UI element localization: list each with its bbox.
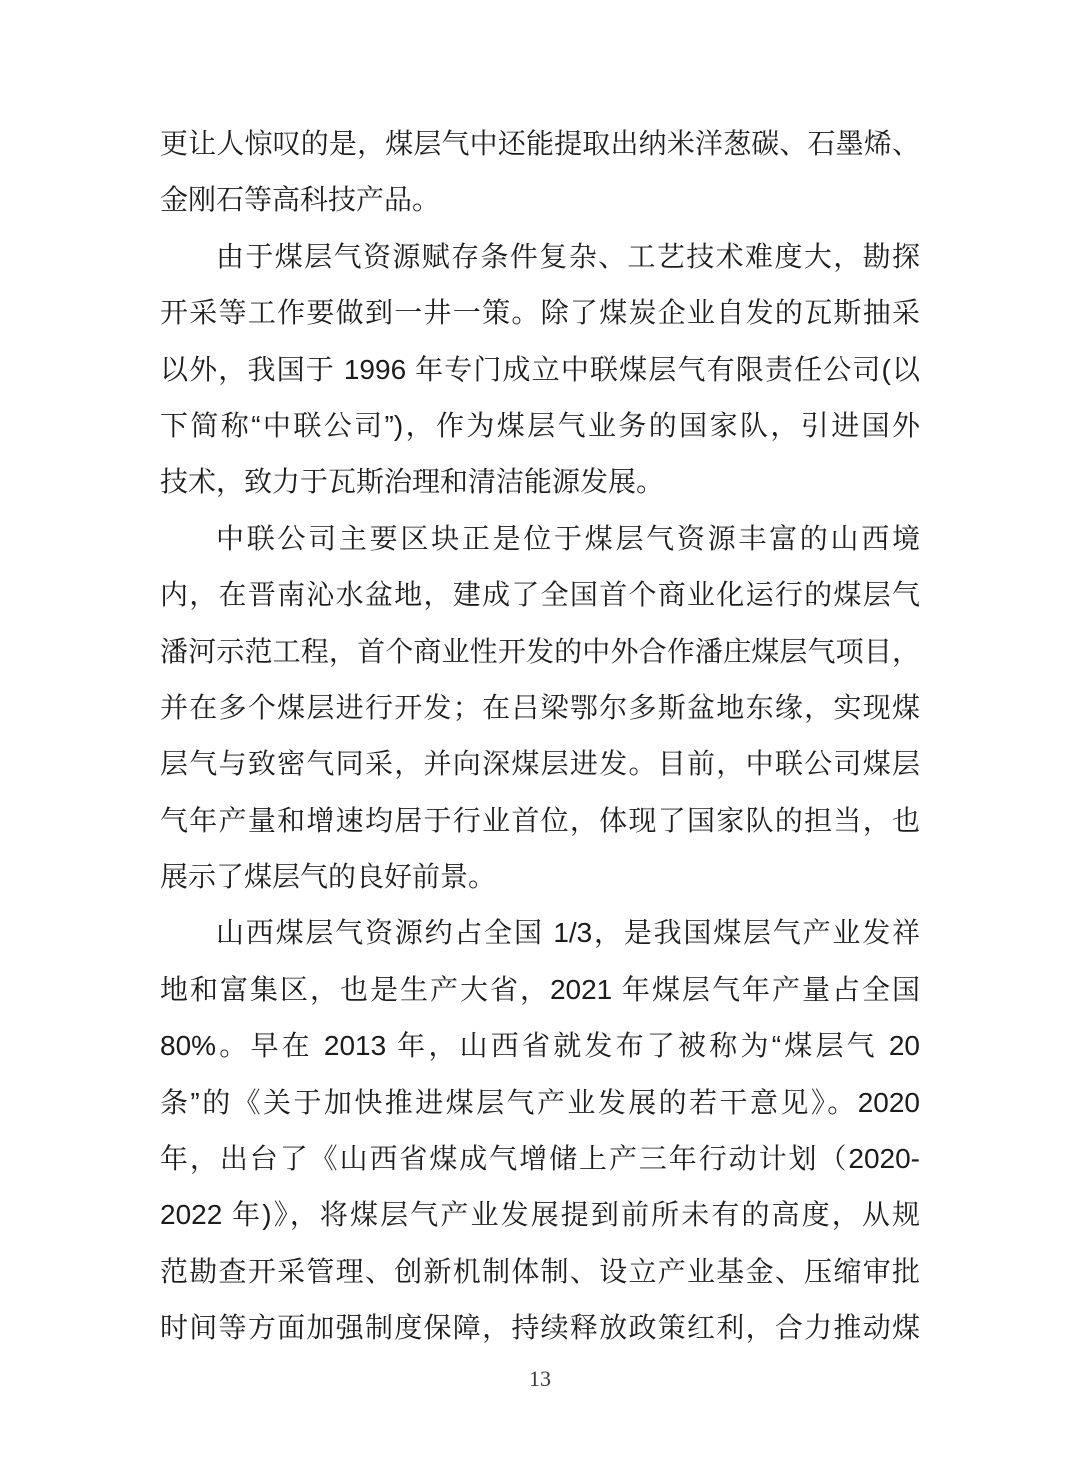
page-number: 13 [0, 1366, 1080, 1392]
text-line: 技术，致力于瓦斯治理和清洁能源发展。 [160, 454, 920, 510]
text-line: 由于煤层气资源赋存条件复杂、工艺技术难度大，勘探 [160, 229, 920, 285]
text-line: 中联公司主要区块正是位于煤层气资源丰富的山西境 [160, 511, 920, 567]
text-line: 更让人惊叹的是，煤层气中还能提取出纳米洋葱碳、石墨烯、 [160, 116, 920, 172]
text-line: 层气与致密气同采，并向深煤层进发。目前，中联公司煤层 [160, 736, 920, 792]
text-line: 时间等方面加强制度保障，持续释放政策红利，合力推动煤 [160, 1300, 920, 1356]
text-line: 展示了煤层气的良好前景。 [160, 849, 920, 905]
text-line: 下简称“中联公司”)，作为煤层气业务的国家队，引进国外 [160, 398, 920, 454]
text-line: 山西煤层气资源约占全国 1/3，是我国煤层气产业发祥 [160, 905, 920, 961]
text-line: 金刚石等高科技产品。 [160, 172, 920, 228]
text-line: 以外，我国于 1996 年专门成立中联煤层气有限责任公司(以 [160, 342, 920, 398]
text-line: 并在多个煤层进行开发；在吕梁鄂尔多斯盆地东缘，实现煤 [160, 680, 920, 736]
text-line: 气年产量和增速均居于行业首位，体现了国家队的担当，也 [160, 793, 920, 849]
text-line: 内，在晋南沁水盆地，建成了全国首个商业化运行的煤层气 [160, 567, 920, 623]
text-line: 2022 年)》，将煤层气产业发展提到前所未有的高度，从规 [160, 1187, 920, 1243]
text-line: 条”的《关于加快推进煤层气产业发展的若干意见》。2020 [160, 1075, 920, 1131]
text-line: 潘河示范工程，首个商业性开发的中外合作潘庄煤层气项目， [160, 624, 920, 680]
text-line: 地和富集区，也是生产大省，2021 年煤层气年产量占全国 [160, 962, 920, 1018]
text-line: 范勘查开采管理、创新机制体制、设立产业基金、压缩审批 [160, 1244, 920, 1300]
text-line: 80%。早在 2013 年，山西省就发布了被称为“煤层气 20 [160, 1018, 920, 1074]
text-line: 开采等工作要做到一井一策。除了煤炭企业自发的瓦斯抽采 [160, 285, 920, 341]
text-line: 年，出台了《山西省煤成气增储上产三年行动计划（2020- [160, 1131, 920, 1187]
body-text-block: 更让人惊叹的是，煤层气中还能提取出纳米洋葱碳、石墨烯、 金刚石等高科技产品。 由… [160, 116, 920, 1357]
